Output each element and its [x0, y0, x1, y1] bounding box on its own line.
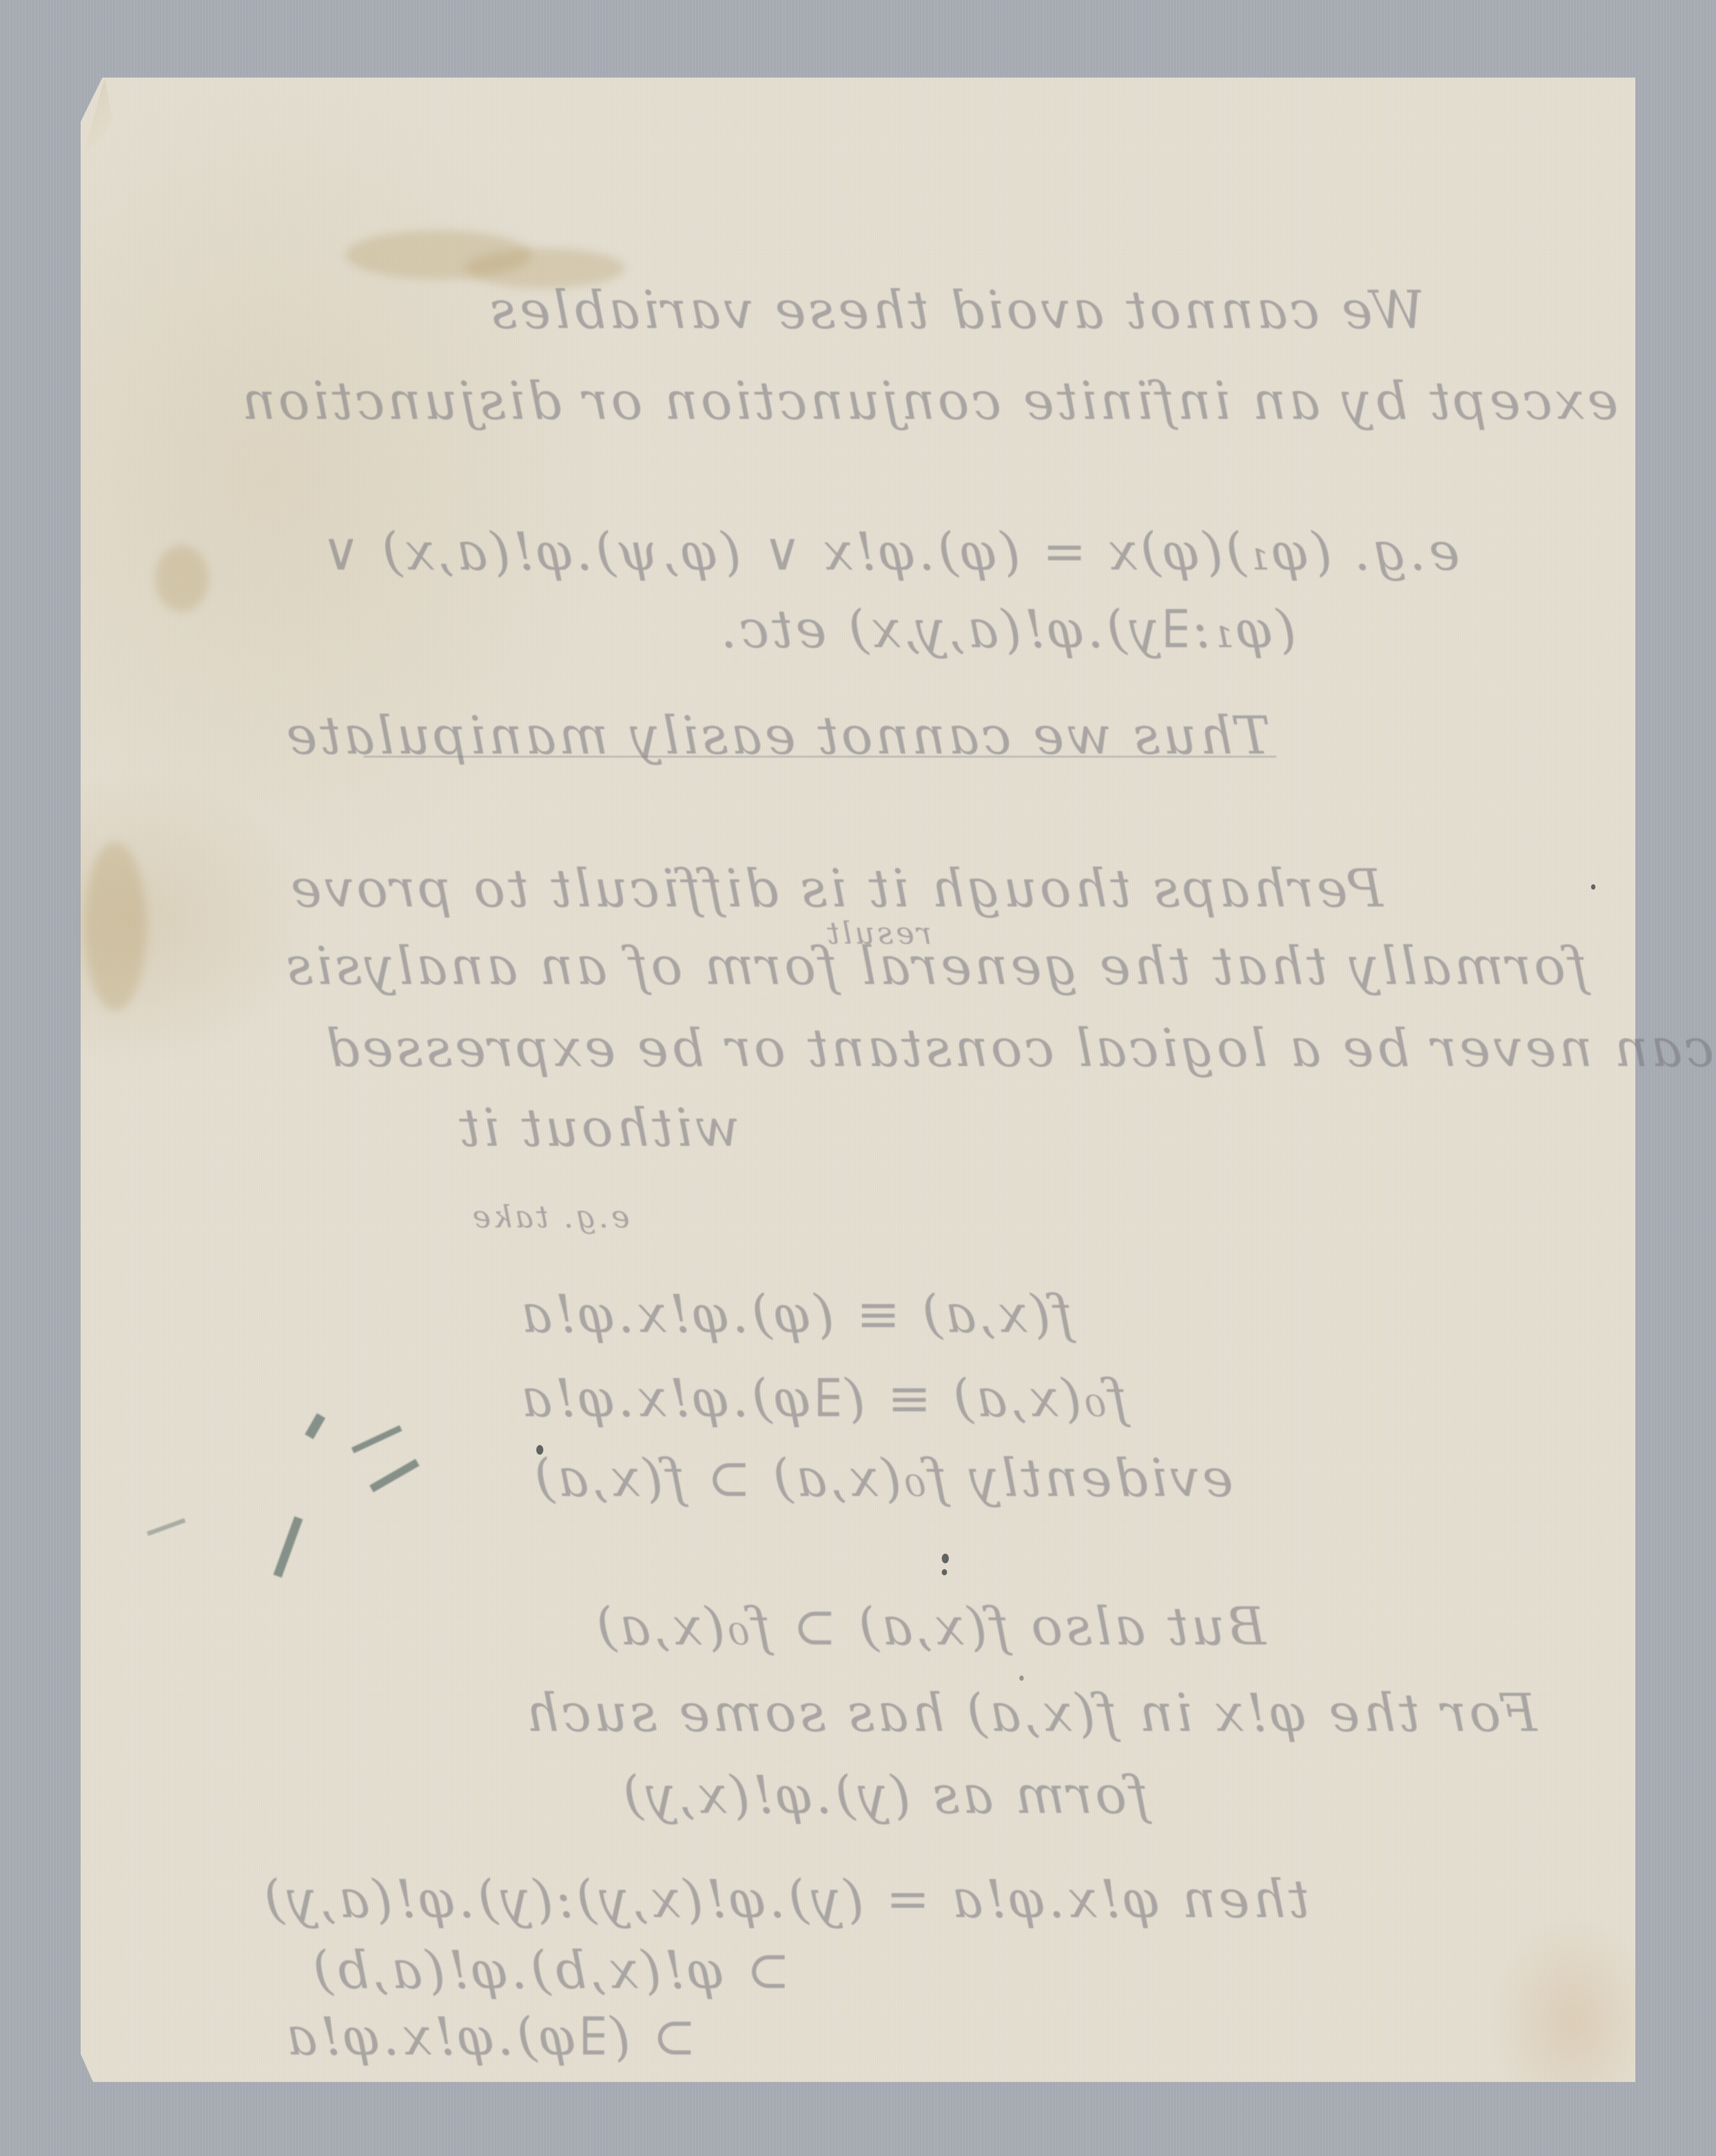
handwritten-line: We cannot avoid these variables	[487, 284, 1425, 336]
foxing-stain	[155, 545, 208, 612]
handwritten-line: without it	[456, 1101, 740, 1154]
handwritten-formula: But also f(x,a) ⊃ f₀(x,a)	[594, 1600, 1266, 1652]
handwritten-line: For the φ!x in f(x,a) has some such	[523, 1687, 1537, 1739]
ink-dot	[1019, 1676, 1024, 1681]
handwritten-line: Thus we cannot easily manipulate	[284, 709, 1271, 762]
handwritten-line: Perhaps though it is difficult to prove	[288, 862, 1383, 914]
handwritten-formula: evidently f₀(x,a) ⊃ f(x,a)	[532, 1452, 1233, 1504]
handwritten-formula: form as (y).φ!(x,y)	[620, 1769, 1149, 1821]
ink-dot	[1591, 884, 1595, 890]
handwritten-formula: ⊃ φ!(x,b).φ!(a,b)	[310, 1944, 790, 1996]
handwritten-formula: ⊃ (∃φ).φ!x.φ!a	[284, 2010, 696, 2062]
handwritten-formula: f(x,a) ≡ (φ).φ!x.φ!a	[519, 1288, 1073, 1340]
ink-dot	[942, 1554, 949, 1563]
handwritten-line: formally that the general form of an ana…	[284, 940, 1587, 992]
ink-dot	[942, 1569, 947, 1575]
handwritten-line: e.g. take	[470, 1201, 630, 1232]
ink-dot	[536, 1445, 543, 1455]
handwritten-formula: then φ!x.φ!a = (y).φ!(x,y):(y).φ!(a,y)	[261, 1873, 1310, 1925]
handwritten-formula: f₀(x,a) ≡ (∃φ).φ!x.φ!a	[519, 1372, 1127, 1424]
handwritten-line: e.g. (φ₁)(φ)x = (φ).φ!x ∨ (φ,ψ).φ!(a,x) …	[319, 525, 1460, 578]
foxing-stain	[84, 842, 146, 1011]
handwritten-line: can never be a logical constant or be ex…	[324, 1022, 1714, 1074]
handwritten-line: except by an infinite conjunction or dis…	[239, 375, 1618, 427]
underline	[363, 756, 1276, 758]
handwritten-line: (φ₁:∃y).φ!(a,y,x) etc.	[718, 603, 1296, 655]
